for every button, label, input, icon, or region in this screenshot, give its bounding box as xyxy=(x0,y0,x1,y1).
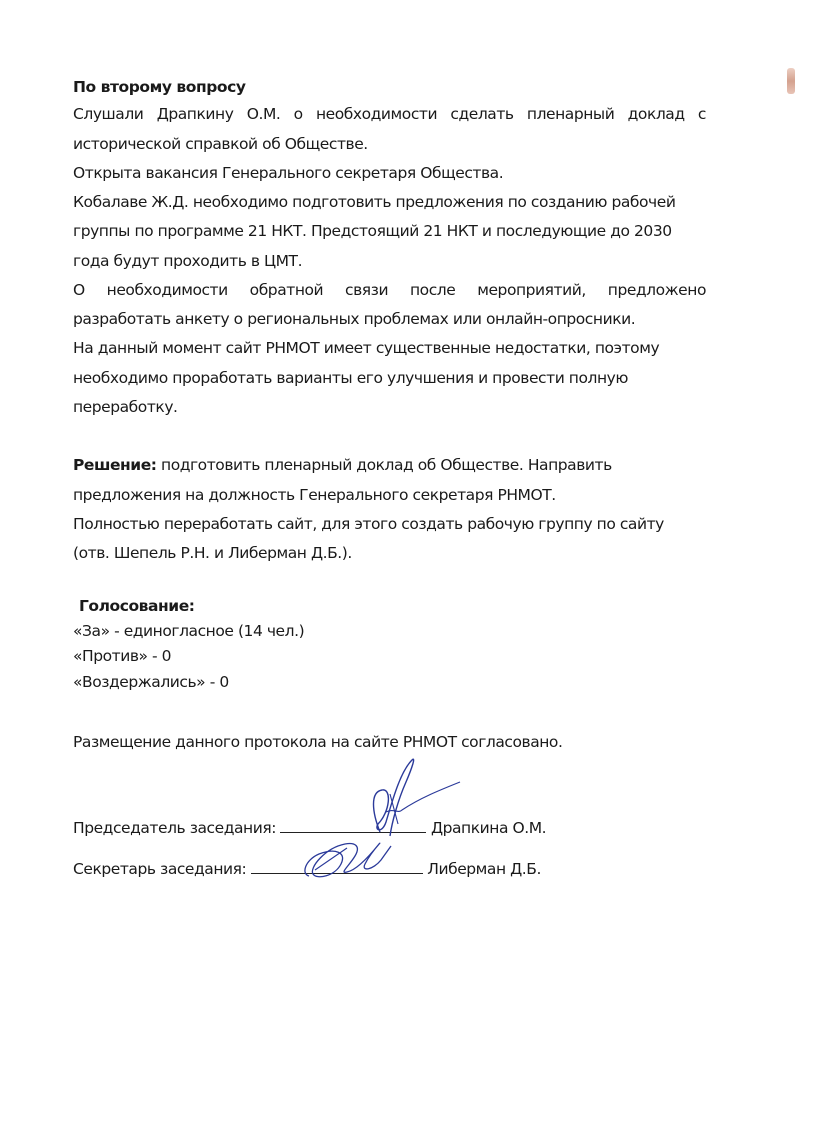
decision-line: предложения на должность Генерального се… xyxy=(73,486,556,504)
vote-against: «Против» - 0 xyxy=(73,647,171,665)
paragraph-line: На данный момент сайт РНМОТ имеет сущест… xyxy=(73,339,659,357)
chair-signature-icon xyxy=(320,752,470,842)
scan-artifact xyxy=(787,68,795,94)
paragraph-line: Открыта вакансия Генерального секретаря … xyxy=(73,164,503,182)
secretary-signature-icon xyxy=(295,830,435,885)
signature-role: Секретарь заседания: xyxy=(73,860,246,878)
decision-line: Решение: подготовить пленарный доклад об… xyxy=(73,456,612,474)
signature-role: Председатель заседания: xyxy=(73,819,276,837)
section-title: По второму вопросу xyxy=(73,78,245,96)
paragraph-line: исторической справкой об Обществе. xyxy=(73,135,368,153)
paragraph-line: О необходимости обратной связи после мер… xyxy=(73,281,706,299)
paragraph-line: Кобалаве Ж.Д. необходимо подготовить пре… xyxy=(73,193,675,211)
decision-line: (отв. Шепель Р.Н. и Либерман Д.Б.). xyxy=(73,544,352,562)
paragraph-line: Слушали Драпкину О.М. о необходимости сд… xyxy=(73,105,706,123)
decision-label: Решение: xyxy=(73,456,157,474)
document-page: По второму вопросу Слушали Драпкину О.М.… xyxy=(0,0,815,1121)
paragraph-line: группы по программе 21 НКТ. Предстоящий … xyxy=(73,222,672,240)
decision-text: подготовить пленарный доклад об Обществе… xyxy=(157,456,612,474)
decision-line: Полностью переработать сайт, для этого с… xyxy=(73,515,664,533)
publication-note: Размещение данного протокола на сайте РН… xyxy=(73,733,562,751)
vote-abstain: «Воздержались» - 0 xyxy=(73,673,229,691)
paragraph-line: необходимо проработать варианты его улуч… xyxy=(73,369,628,387)
voting-title: Голосование: xyxy=(79,597,195,615)
paragraph-line: переработку. xyxy=(73,398,178,416)
paragraph-line: разработать анкету о региональных пробле… xyxy=(73,310,635,328)
vote-for: «За» - единогласное (14 чел.) xyxy=(73,622,304,640)
signature-name: Либерман Д.Б. xyxy=(427,860,541,878)
paragraph-line: года будут проходить в ЦМТ. xyxy=(73,252,302,270)
